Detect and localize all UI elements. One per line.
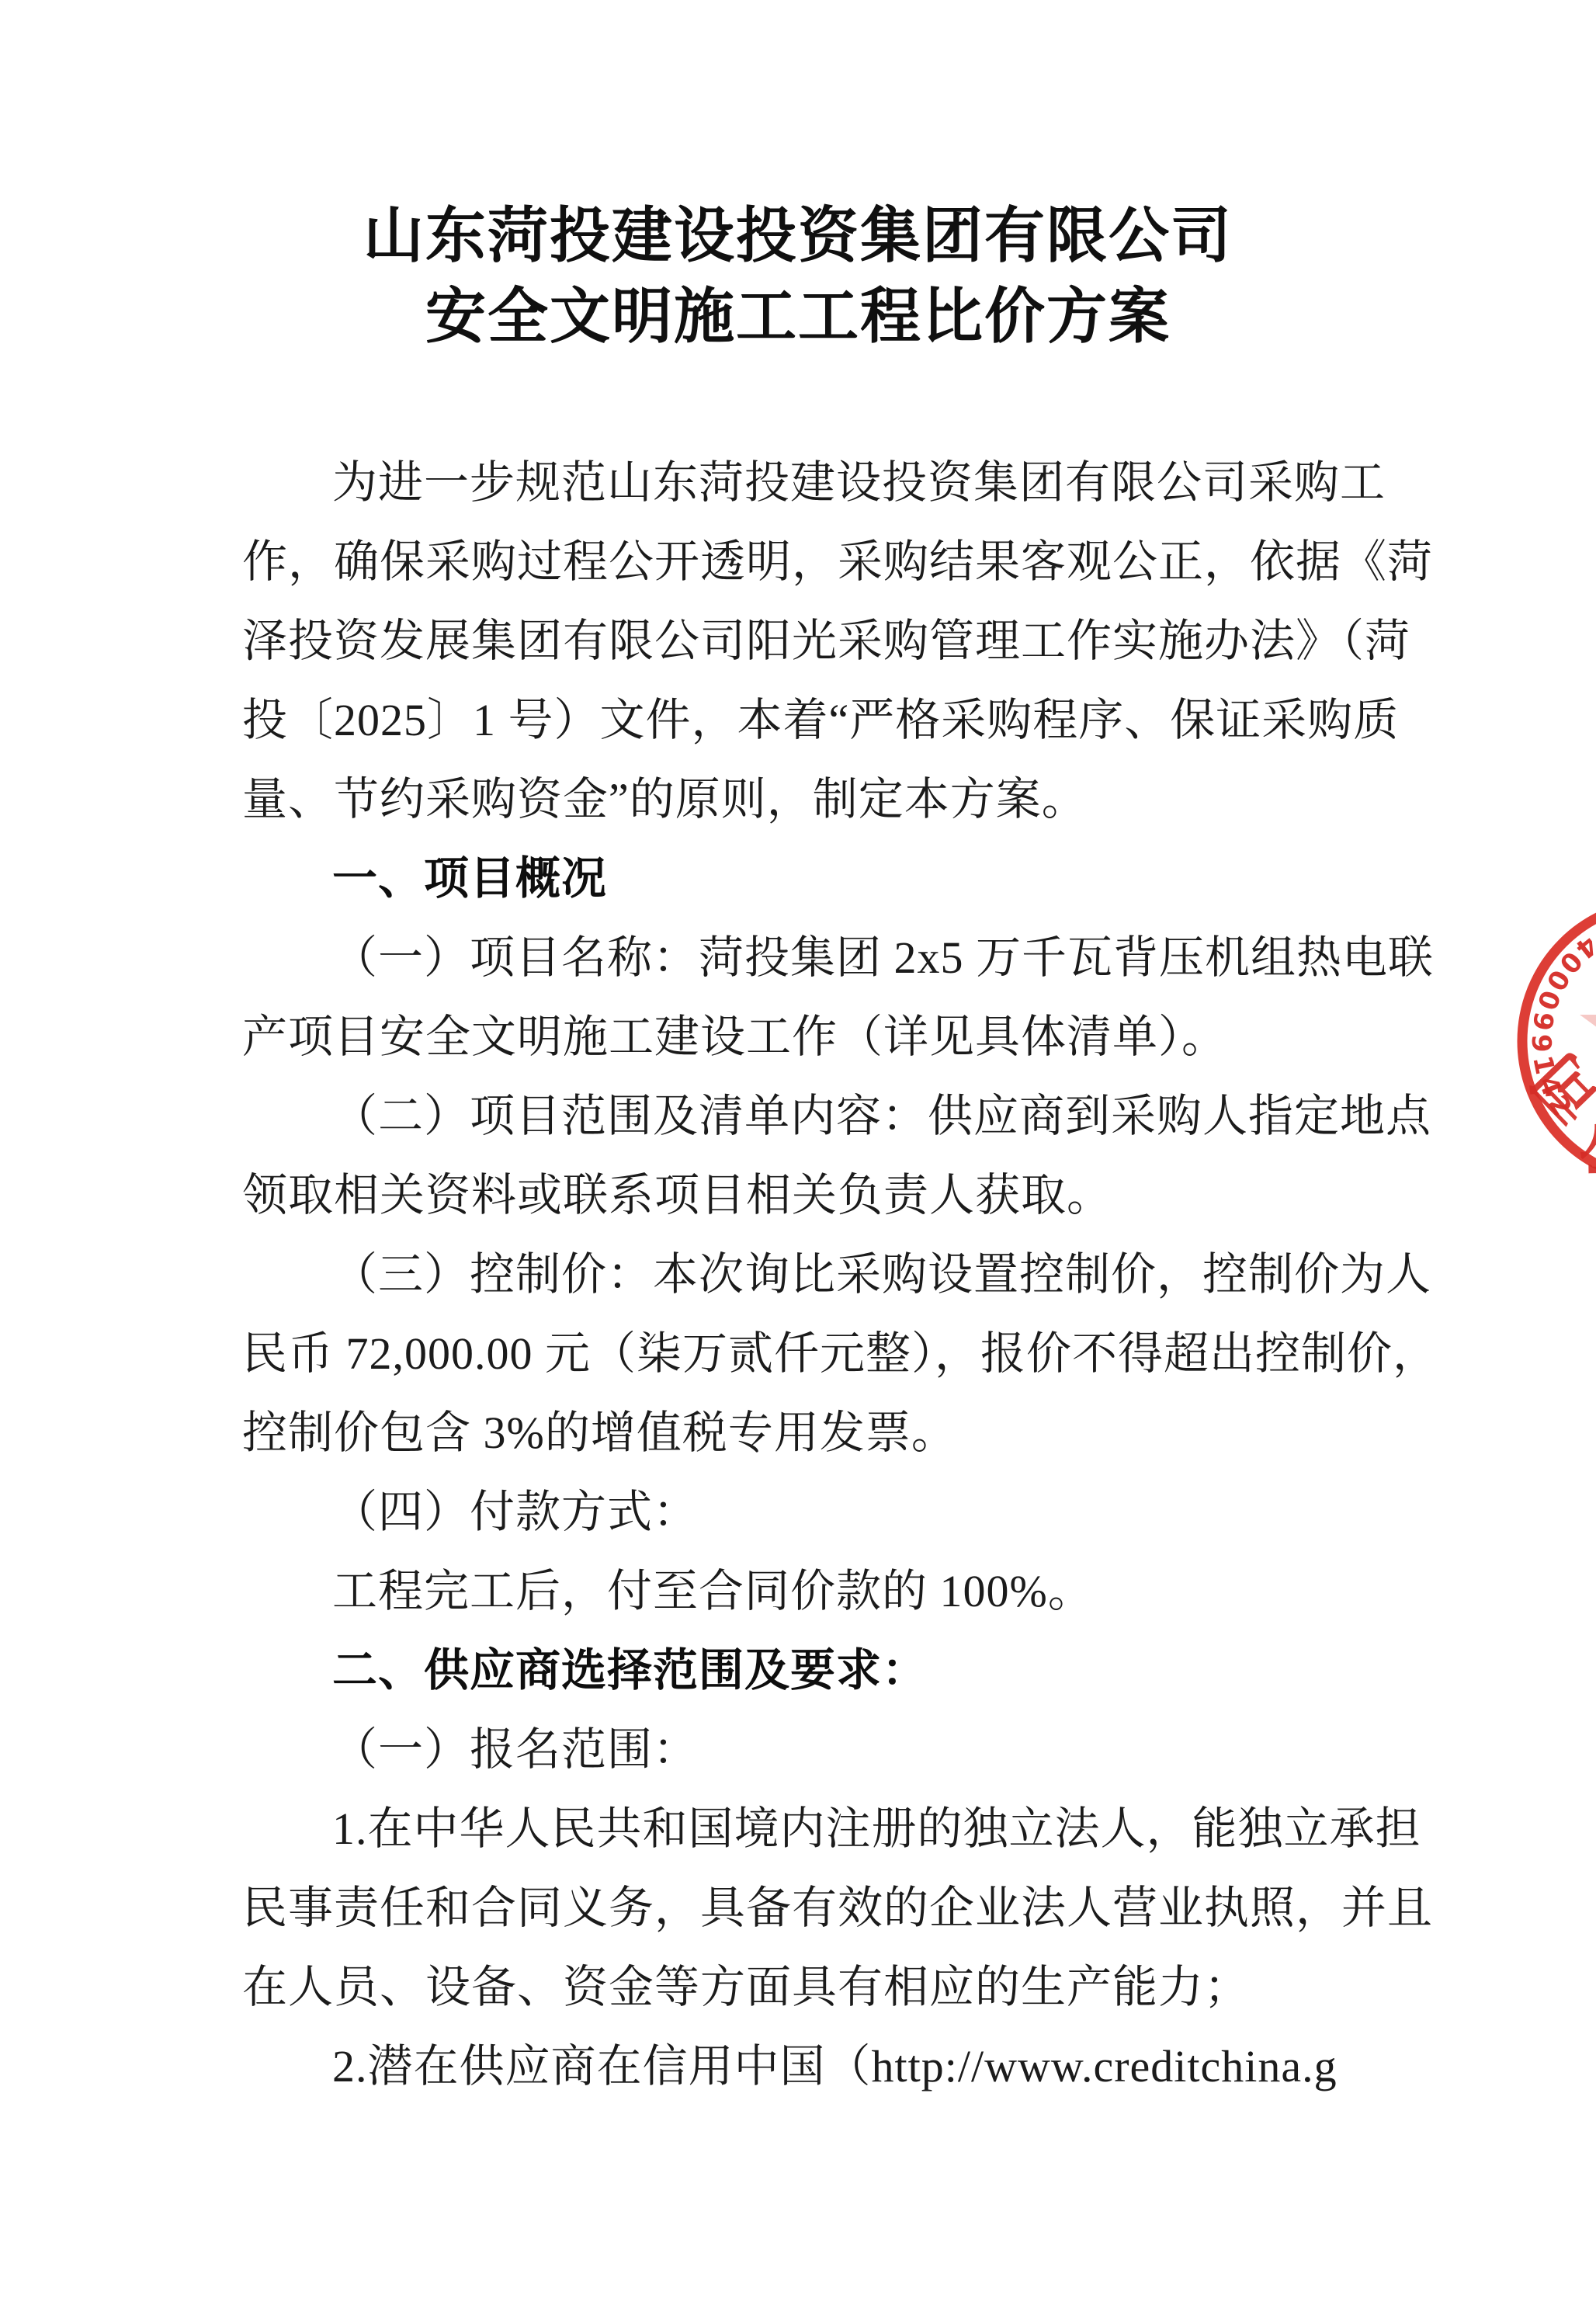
document-page: 山东菏投建设投资集团有限公司 安全文明施工工程比价方案 为进一步规范山东菏投建设…	[0, 0, 1596, 2298]
body-line: 产项目安全文明施工建设工作（详见具体清单）。	[242, 998, 1376, 1077]
body-line: 在人员、设备、资金等方面具有相应的生产能力；	[242, 1948, 1376, 2027]
body-line: 投〔2025〕1 号）文件，本着“严格采购程序、保证采购质	[242, 681, 1376, 760]
section-heading: 二、供应商选择范围及要求：	[242, 1631, 1376, 1710]
seal-code-digit: 9	[1525, 1009, 1559, 1033]
body-line: （三）控制价：本次询比采购设置控制价，控制价为人	[242, 1235, 1376, 1314]
seal-code-digit: 9	[1525, 1034, 1556, 1053]
body-line: （一）报名范围：	[242, 1710, 1376, 1789]
section-heading: 一、项目概况	[242, 839, 1376, 918]
seal-company-name-character: 司	[1519, 1039, 1596, 1136]
body-line: （一）项目名称：菏投集团 2x5 万千瓦背压机组热电联	[242, 918, 1376, 998]
body-line: 泽投资发展集团有限公司阳光采购管理工作实施办法》（菏	[242, 602, 1376, 681]
body-line: 为进一步规范山东菏投建设投资集团有限公司采购工	[242, 443, 1376, 522]
official-seal-stamp: 7400099142司公	[1475, 854, 1596, 1196]
document-body: 为进一步规范山东菏投建设投资集团有限公司采购工作，确保采购过程公开透明，采购结果…	[242, 443, 1376, 2106]
document-title-line-2: 安全文明施工工程比价方案	[0, 276, 1596, 357]
body-line: 控制价包含 3%的增值税专用发票。	[242, 1394, 1376, 1473]
body-line: 工程完工后，付至合同价款的 100%。	[242, 1552, 1376, 1631]
body-line: 2.潜在供应商在信用中国（http://www.creditchina.g	[242, 2027, 1376, 2106]
body-line: 民事责任和合同义务，具备有效的企业法人营业执照，并且	[242, 1869, 1376, 1948]
document-title: 山东菏投建设投资集团有限公司 安全文明施工工程比价方案	[0, 196, 1596, 357]
body-line: 民币 72,000.00 元（柒万贰仟元整），报价不得超出控制价，	[242, 1314, 1376, 1394]
body-line: （四）付款方式：	[242, 1473, 1376, 1552]
document-title-line-1: 山东菏投建设投资集团有限公司	[0, 196, 1596, 276]
body-line: 1.在中华人民共和国境内注册的独立法人，能独立承担	[242, 1789, 1376, 1869]
body-line: （二）项目范围及清单内容：供应商到采购人指定地点	[242, 1077, 1376, 1156]
body-line: 量、节约采购资金”的原则，制定本方案。	[242, 760, 1376, 839]
body-line: 领取相关资料或联系项目相关负责人获取。	[242, 1156, 1376, 1235]
body-line: 作，确保采购过程公开透明，采购结果客观公正，依据《菏	[242, 522, 1376, 602]
